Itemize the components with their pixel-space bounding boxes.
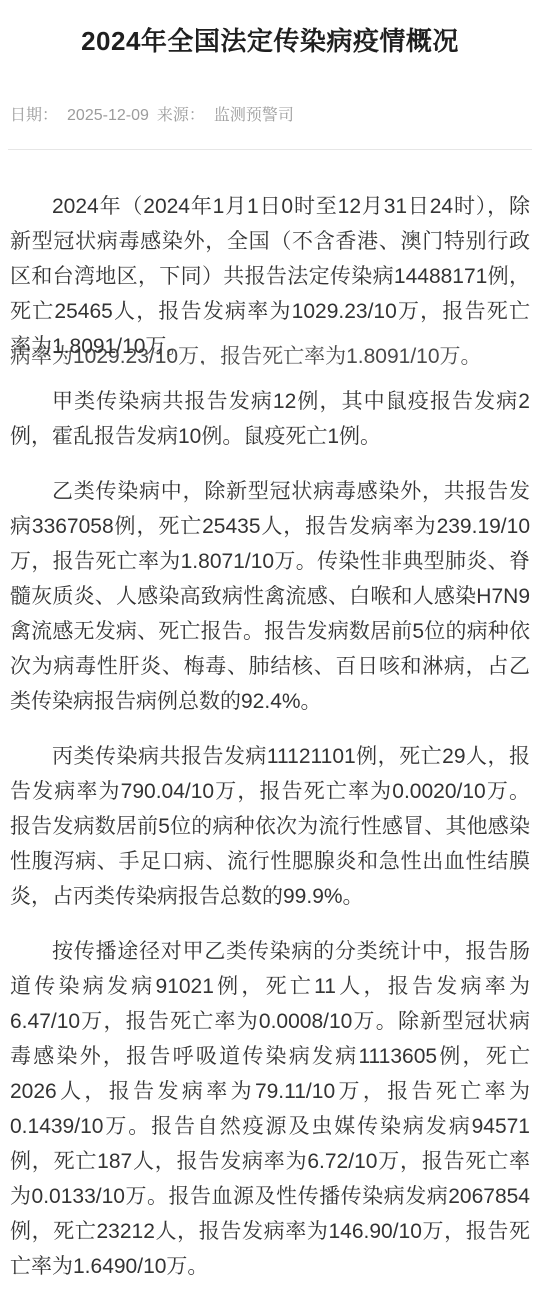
source-value: 监测预警司: [214, 107, 294, 124]
source-label: 来源：: [157, 107, 205, 124]
article-body: 2024年（2024年1月1日0时至12月31日24时），除新型冠状病毒感染外，…: [0, 189, 540, 1302]
page-title: 2024年全国法定传染病疫情概况: [20, 25, 520, 58]
paragraph-class-c: 丙类传染病共报告发病11121101例，死亡29人，报告发病率为790.04/1…: [10, 739, 530, 914]
paragraph-overview: 2024年（2024年1月1日0时至12月31日24时），除新型冠状病毒感染外，…: [10, 189, 530, 364]
paragraph-class-a: 甲类传染病共报告发病12例，其中鼠疫报告发病2例，霍乱报告发病10例。鼠疫死亡1…: [10, 384, 530, 454]
divider: [8, 149, 532, 150]
article-meta: 日期：2025-12-09来源：监测预警司: [0, 105, 540, 127]
date-value: 2025-12-09: [67, 107, 149, 124]
article-page: 2024年全国法定传染病疫情概况 日期：2025-12-09来源：监测预警司 2…: [0, 25, 540, 1302]
paragraph-class-b: 乙类传染病中，除新型冠状病毒感染外，共报告发病3367058例，死亡25435人…: [10, 474, 530, 719]
paragraph-overview-text: 2024年（2024年1月1日0时至12月31日24时），除新型冠状病毒感染外，…: [10, 195, 530, 358]
paragraph-transmission-routes: 按传播途径对甲乙类传染病的分类统计中，报告肠道传染病发病91021例，死亡11人…: [10, 934, 530, 1284]
date-label: 日期：: [10, 107, 58, 124]
